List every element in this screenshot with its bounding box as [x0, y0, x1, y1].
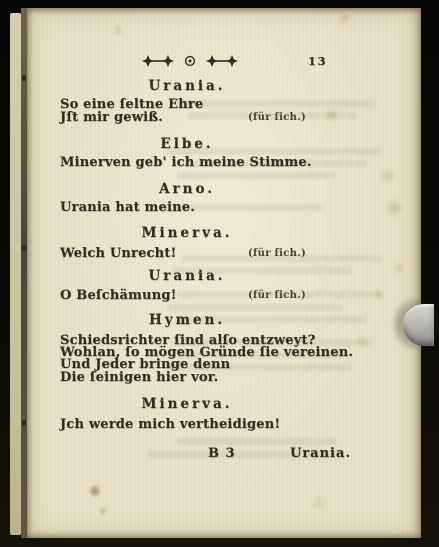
speaker-heading: Urania.: [57, 79, 317, 93]
dialogue-line: Welch Unrecht!: [60, 247, 176, 261]
speaker-heading: Minerva.: [57, 226, 317, 240]
book-page-scan: 13 Urania. So eine ſeltne Ehre Jſt mir g…: [0, 0, 439, 547]
dialogue-line: Jch werde mich vertheidigen!: [60, 418, 280, 432]
dialogue-line: Minerven geb' ich meine Stimme.: [60, 156, 312, 170]
speaker-heading: Urania.: [57, 269, 317, 283]
book-page: 13 Urania. So eine ſeltne Ehre Jſt mir g…: [27, 8, 421, 538]
binding-stitch: [22, 420, 26, 426]
binding-stitch: [22, 75, 26, 81]
stage-direction: (für ſich.): [248, 113, 306, 124]
speaker-heading: Hymen.: [57, 313, 317, 327]
speaker-heading: Elbe.: [57, 137, 317, 151]
dialogue-line: Die ſeinigen hier vor.: [60, 371, 218, 385]
dialogue-line: Jſt mir gewiß.: [60, 111, 163, 125]
speaker-heading: Minerva.: [57, 397, 317, 411]
signature-mark: B 3: [208, 447, 236, 461]
catchword: Urania.: [290, 447, 351, 461]
page-number: 13: [308, 55, 327, 67]
stage-direction: (für ſich.): [248, 291, 306, 302]
underlying-page-edge: [10, 13, 21, 535]
dialogue-line: O Beſchämung!: [60, 289, 177, 303]
fleuron-rosette-ornament-icon: [135, 53, 245, 69]
stage-direction: (für ſich.): [248, 249, 306, 260]
speaker-heading: Arno.: [57, 182, 317, 196]
binding-stitch: [22, 245, 26, 251]
dialogue-line: Urania hat meine.: [60, 201, 195, 215]
